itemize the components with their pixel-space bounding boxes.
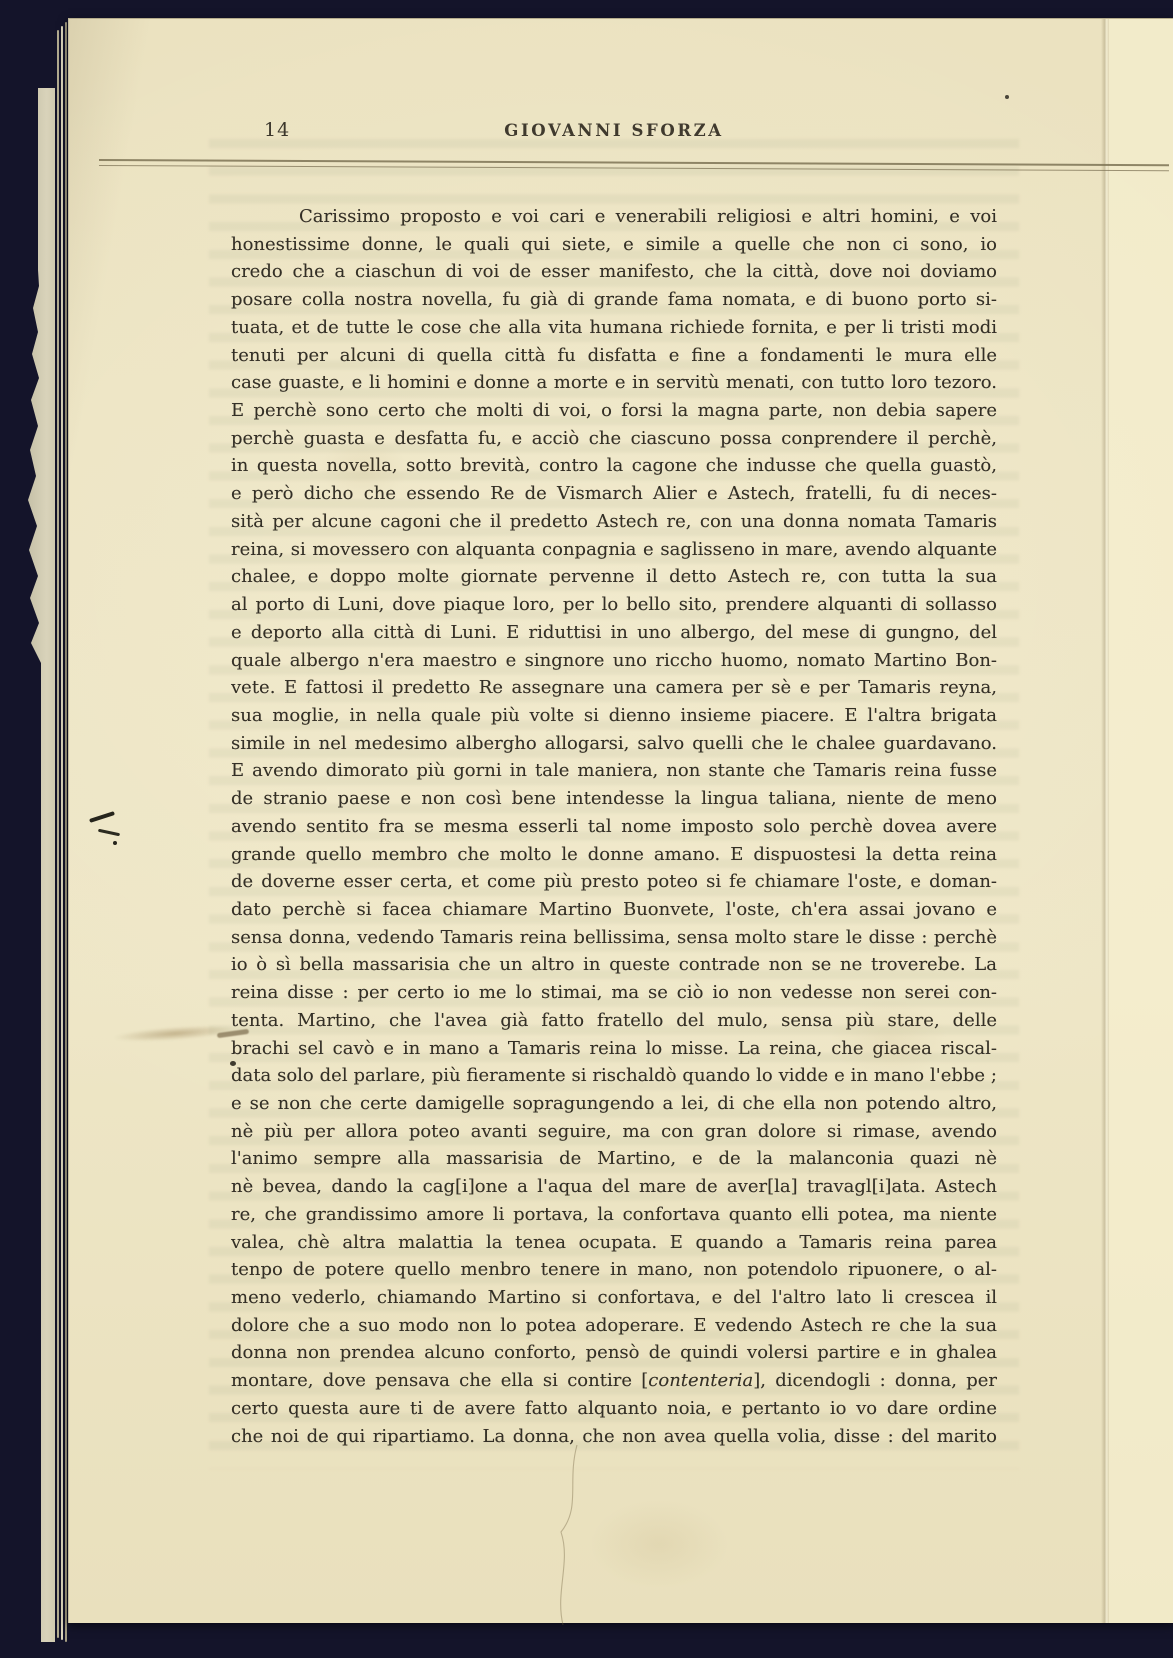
text-line: Carissimo proposto e voi cari e venerabi… bbox=[231, 203, 997, 231]
ink-speck bbox=[1005, 95, 1009, 99]
text-line: sità per alcune cagoni che il predetto A… bbox=[231, 508, 997, 536]
text-line: sensa donna, vedendo Tamaris reina belli… bbox=[231, 924, 997, 952]
text-line: vete. E fattosi il predetto Re assegnare… bbox=[231, 674, 997, 702]
page-stack-edge bbox=[61, 26, 63, 1640]
text-line: montare, dove pensava che ella si contir… bbox=[231, 1367, 997, 1395]
text-line: io ò sì bella massarisia che un altro in… bbox=[231, 951, 997, 979]
page-stack-edge bbox=[65, 22, 67, 1642]
body-text: Carissimo proposto e voi cari e venerabi… bbox=[231, 203, 997, 1450]
text-line: tenuti per alcuni di quella città fu dis… bbox=[231, 342, 997, 370]
text-line: dolore che a suo modo non lo potea adope… bbox=[231, 1312, 997, 1340]
text-line: nè più per allora poteo avanti seguire, … bbox=[231, 1118, 997, 1146]
text-line: chalee, e doppo molte giornate pervenne … bbox=[231, 563, 997, 591]
ink-blemish bbox=[89, 811, 115, 823]
text-line: e deporto alla città di Luni. E riduttis… bbox=[231, 619, 997, 647]
text-line: quale albergo n'era maestro e singnore u… bbox=[231, 647, 997, 675]
text-line: reina, si movessero con alquanta conpagn… bbox=[231, 536, 997, 564]
book-scan: 14 GIOVANNI SFORZA Carissimo proposto e … bbox=[0, 0, 1173, 1658]
text-line: credo che a ciaschun di voi de esser man… bbox=[231, 258, 997, 286]
text-line: che noi de qui ripartiamo. La donna, che… bbox=[231, 1423, 997, 1451]
text-line: donna non prendea alcuno conforto, pensò… bbox=[231, 1339, 997, 1367]
text-line: e se non che certe damigelle sopragungen… bbox=[231, 1090, 997, 1118]
header-rule bbox=[99, 159, 1169, 171]
ink-blemish bbox=[98, 829, 120, 837]
book-fore-edge bbox=[28, 88, 55, 1642]
text-line: reina disse : per certo io me lo stimai,… bbox=[231, 979, 997, 1007]
text-line: posare colla nostra novella, fu già di g… bbox=[231, 286, 997, 314]
text-line: de doverne esser certa, et come più pres… bbox=[231, 868, 997, 896]
ink-dot bbox=[230, 1061, 236, 1066]
ink-speck bbox=[113, 841, 117, 845]
text-line: simile in nel medesimo albergho allogars… bbox=[231, 730, 997, 758]
text-line: de stranio paese e non così bene intende… bbox=[231, 785, 997, 813]
text-line: E avendo dimorato più gorni in tale mani… bbox=[231, 757, 997, 785]
paper-crease bbox=[519, 1437, 599, 1627]
text-line: dato perchè si facea chiamare Martino Bu… bbox=[231, 896, 997, 924]
text-line: certo questa aure ti de avere fatto alqu… bbox=[231, 1395, 997, 1423]
text-line: al porto di Luni, dove piaque loro, per … bbox=[231, 591, 997, 619]
text-line: tuata, et de tutte le cose che alla vita… bbox=[231, 314, 997, 342]
running-header: 14 GIOVANNI SFORZA bbox=[231, 111, 997, 153]
page-stack-edge bbox=[57, 30, 59, 1638]
text-line: perchè guasta e desfatta fu, e acciò che… bbox=[231, 425, 997, 453]
text-line: E perchè sono certo che molti di voi, o … bbox=[231, 397, 997, 425]
text-line: e però dicho che essendo Re de Vismarch … bbox=[231, 480, 997, 508]
text-line: in questa novella, sotto brevità, contro… bbox=[231, 452, 997, 480]
text-line: avendo sentito fra se mesma esserli tal … bbox=[231, 813, 997, 841]
text-line: honestissime donne, le quali qui siete, … bbox=[231, 231, 997, 259]
text-line: case guaste, e li homini e donne a morte… bbox=[231, 369, 997, 397]
book-page: 14 GIOVANNI SFORZA Carissimo proposto e … bbox=[68, 18, 1173, 1623]
page-margin-beyond-fold bbox=[1109, 19, 1173, 1623]
page-fold bbox=[1101, 19, 1109, 1623]
text-line: data solo del parlare, più fieramente si… bbox=[231, 1062, 997, 1090]
text-line: sua moglie, in nella quale più volte si … bbox=[231, 702, 997, 730]
text-line: tenpo de potere quello menbro tenere in … bbox=[231, 1256, 997, 1284]
text-line: grande quello membro che molto le donne … bbox=[231, 841, 997, 869]
age-spot bbox=[589, 1499, 729, 1589]
text-line: l'animo sempre alla massarisia de Martin… bbox=[231, 1145, 997, 1173]
text-line: tenta. Martino, che l'avea già fatto fra… bbox=[231, 1007, 997, 1035]
running-header-title: GIOVANNI SFORZA bbox=[231, 121, 997, 140]
text-line: meno vederlo, chiamando Martino si confo… bbox=[231, 1284, 997, 1312]
text-line: brachi sel cavò e in mano a Tamaris rein… bbox=[231, 1035, 997, 1063]
text-line: valea, chè altra malattia la tenea ocupa… bbox=[231, 1229, 997, 1257]
text-line: re, che grandissimo amore li portava, la… bbox=[231, 1201, 997, 1229]
text-line: nè bevea, dando la cag[i]one a l'aqua de… bbox=[231, 1173, 997, 1201]
